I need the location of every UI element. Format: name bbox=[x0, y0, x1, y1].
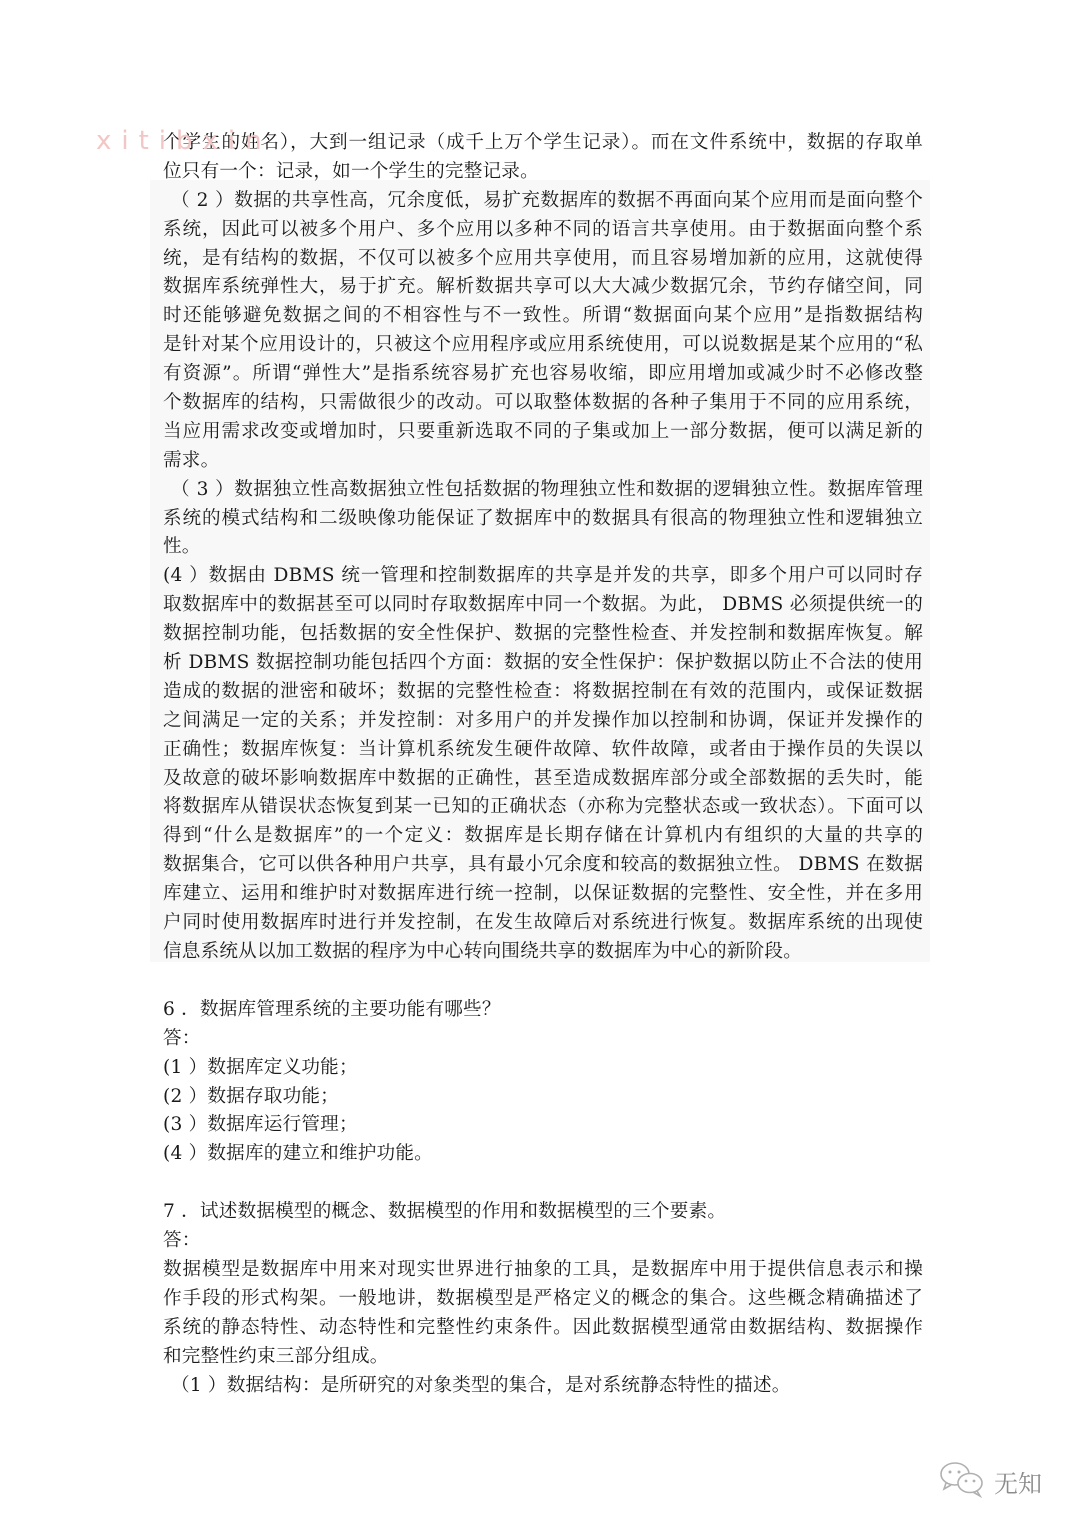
text-line: 系统，因此可以被多个用户、多个应用以多种不同的语言共享使用。由于数据面向整个系 bbox=[163, 216, 923, 245]
text-line: 及故意的破坏影响数据库中数据的正确性，甚至造成数据库部分或全部数据的丢失时，能 bbox=[163, 765, 923, 794]
text-line: （ 3 ）数据独立性高数据独立性包括数据的物理独立性和数据的逻辑独立性。数据库管… bbox=[163, 476, 923, 505]
text-line: 是针对某个应用设计的，只被这个应用程序或应用系统使用，可以说数据是某个应用的“私 bbox=[163, 331, 923, 360]
answer-label: 答： bbox=[163, 1227, 923, 1256]
text-line: 时还能够避免数据之间的不相容性与不一致性。所谓“数据面向某个应用”是指数据结构 bbox=[163, 302, 923, 331]
text-line: （1 ）数据结构：是所研究的对象类型的集合，是对系统静态特性的描述。 bbox=[163, 1372, 923, 1401]
text-line: 数据库系统弹性大，易于扩充。解析数据共享可以大大减少数据冗余，节约存储空间，同 bbox=[163, 273, 923, 302]
question-7-title: 7 ．试述数据模型的概念、数据模型的作用和数据模型的三个要素。 bbox=[163, 1198, 923, 1227]
text-line: 数据模型是数据库中用来对现实世界进行抽象的工具，是数据库中用于提供信息表示和操 bbox=[163, 1256, 923, 1285]
text-line: 造成的数据的泄密和破坏；数据的完整性检查：将数据控制在有效的范围内，或保证数据 bbox=[163, 678, 923, 707]
question-7-section: 7 ．试述数据模型的概念、数据模型的作用和数据模型的三个要素。 答： 数据模型是… bbox=[163, 1198, 923, 1400]
list-item: (1 ）数据库定义功能； bbox=[163, 1054, 923, 1083]
text-line: 和完整性约束三部分组成。 bbox=[163, 1343, 923, 1372]
text-line: 当应用需求改变或增加时，只要重新选取不同的子集或加上一部分数据，便可以满足新的 bbox=[163, 418, 923, 447]
text-line: 需求。 bbox=[163, 447, 923, 476]
text-line: 数据集合，它可以供各种用户共享，具有最小冗余度和较高的数据独立性。 DBMS 在… bbox=[163, 851, 923, 880]
section-gap bbox=[163, 967, 923, 996]
text-line: 析 DBMS 数据控制功能包括四个方面：数据的安全性保护：保护数据以防止不合法的… bbox=[163, 649, 923, 678]
footer-brand: 无知 bbox=[938, 1460, 1042, 1502]
question-6-title: 6 ．数据库管理系统的主要功能有哪些？ bbox=[163, 996, 923, 1025]
point-3-paragraph: （ 3 ）数据独立性高数据独立性包括数据的物理独立性和数据的逻辑独立性。数据库管… bbox=[163, 476, 923, 563]
document-page: 个学生的姓名），大到一组记录（成千上万个学生记录）。而在文件系统中，数据的存取单… bbox=[163, 129, 923, 1400]
text-line: 作手段的形式构架。一般地讲，数据模型是严格定义的概念的集合。这些概念精确描述了 bbox=[163, 1285, 923, 1314]
text-line: 将数据库从错误状态恢复到某一已知的正确状态（亦称为完整状态或一致状态）。下面可以 bbox=[163, 793, 923, 822]
text-line: 取数据库中的数据甚至可以同时存取数据库中同一个数据。为此， DBMS 必须提供统… bbox=[163, 591, 923, 620]
section-gap bbox=[163, 1169, 923, 1198]
text-line: 信息系统从以加工数据的程序为中心转向围绕共享的数据库为中心的新阶段。 bbox=[163, 938, 923, 967]
text-line: 有资源”。所谓“弹性大”是指系统容易扩充也容易收缩，即应用增加或减少时不必修改整 bbox=[163, 360, 923, 389]
text-line: 之间满足一定的关系；并发控制：对多用户的并发操作加以控制和协调，保证并发操作的 bbox=[163, 707, 923, 736]
brand-label: 无知 bbox=[994, 1464, 1042, 1499]
text-line: 户同时使用数据库时进行并发控制，在发生故障后对系统进行恢复。数据库系统的出现使 bbox=[163, 909, 923, 938]
wechat-icon bbox=[938, 1460, 986, 1502]
watermark-text: xitibxin bbox=[96, 126, 272, 156]
text-line: 性。 bbox=[163, 533, 923, 562]
text-line: 库建立、运用和维护时对数据库进行统一控制，以保证数据的完整性、安全性，并在多用 bbox=[163, 880, 923, 909]
answer-label: 答： bbox=[163, 1025, 923, 1054]
text-line: 数据控制功能，包括数据的安全性保护、数据的完整性检查、并发控制和数据库恢复。解 bbox=[163, 620, 923, 649]
text-line: 系统的模式结构和二级映像功能保证了数据库中的数据具有很高的物理独立性和逻辑独立 bbox=[163, 505, 923, 534]
list-item: (2 ）数据存取功能； bbox=[163, 1083, 923, 1112]
text-line: (4 ）数据由 DBMS 统一管理和控制数据库的共享是并发的共享，即多个用户可以… bbox=[163, 562, 923, 591]
text-line: 得到“什么是数据库”的一个定义：数据库是长期存储在计算机内有组织的大量的共享的 bbox=[163, 822, 923, 851]
list-item: (3 ）数据库运行管理； bbox=[163, 1111, 923, 1140]
text-line: 个数据库的结构，只需做很少的改动。可以取整体数据的各种子集用于不同的应用系统， bbox=[163, 389, 923, 418]
point-4-paragraph: (4 ）数据由 DBMS 统一管理和控制数据库的共享是并发的共享，即多个用户可以… bbox=[163, 562, 923, 966]
continuation-paragraph: 个学生的姓名），大到一组记录（成千上万个学生记录）。而在文件系统中，数据的存取单… bbox=[163, 129, 923, 187]
text-line: 统，是有结构的数据，不仅可以被多个应用共享使用，而且容易增加新的应用，这就使得 bbox=[163, 245, 923, 274]
text-line: 正确性；数据库恢复：当计算机系统发生硬件故障、软件故障，或者由于操作员的失误以 bbox=[163, 736, 923, 765]
list-item: (4 ）数据库的建立和维护功能。 bbox=[163, 1140, 923, 1169]
question-6-section: 6 ．数据库管理系统的主要功能有哪些？ 答： (1 ）数据库定义功能； (2 ）… bbox=[163, 996, 923, 1169]
text-line: 个学生的姓名），大到一组记录（成千上万个学生记录）。而在文件系统中，数据的存取单 bbox=[163, 129, 923, 158]
text-line: 系统的静态特性、动态特性和完整性约束条件。因此数据模型通常由数据结构、数据操作 bbox=[163, 1314, 923, 1343]
text-line: 位只有一个：记录，如一个学生的完整记录。 bbox=[163, 158, 923, 187]
text-line: （ 2 ）数据的共享性高，冗余度低，易扩充数据库的数据不再面向某个应用而是面向整… bbox=[163, 187, 923, 216]
point-2-paragraph: （ 2 ）数据的共享性高，冗余度低，易扩充数据库的数据不再面向某个应用而是面向整… bbox=[163, 187, 923, 476]
